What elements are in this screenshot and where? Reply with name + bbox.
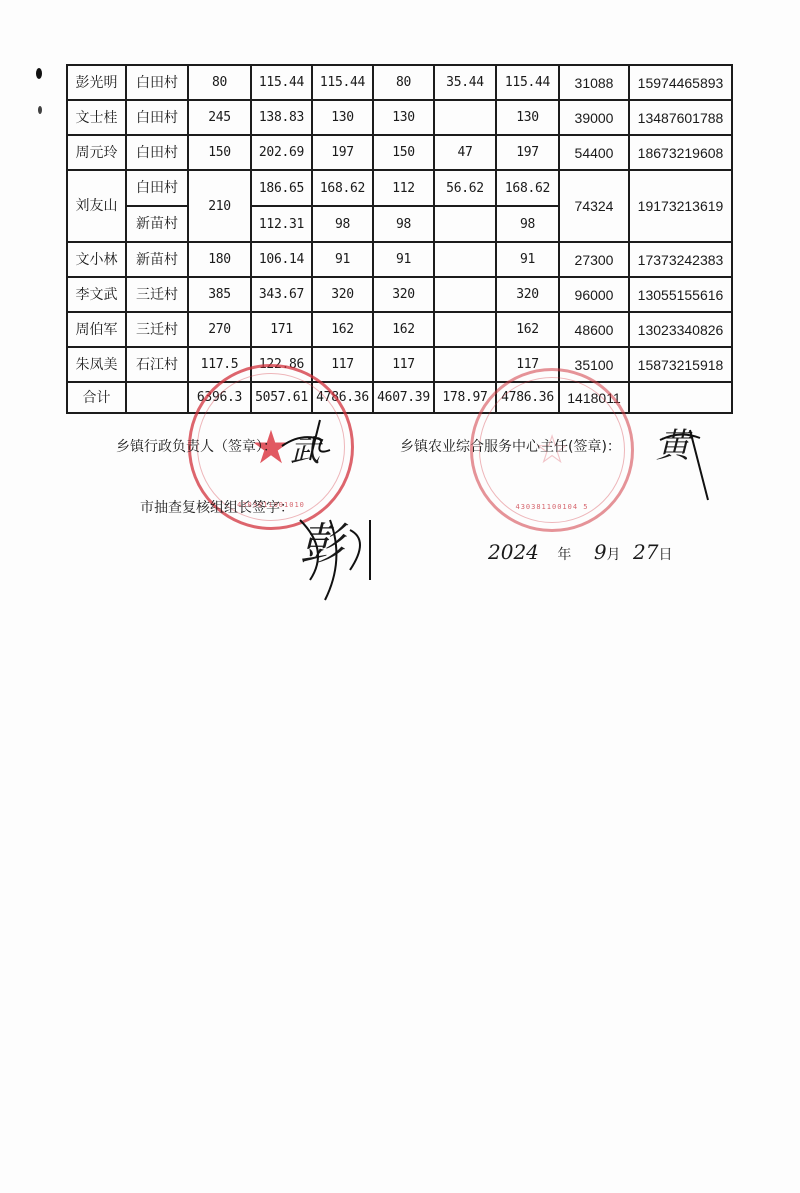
cell-value: 35.44 bbox=[434, 65, 496, 100]
punch-hole-mark bbox=[36, 68, 42, 79]
subsidy-amount: 54400 bbox=[559, 135, 629, 170]
table-row: 刘友山白田村210186.65168.6211256.62168.6274324… bbox=[67, 170, 732, 206]
stamp-code: 430381100104 5 bbox=[473, 503, 631, 511]
cell-value: 112.31 bbox=[251, 206, 312, 242]
farmer-name: 李文武 bbox=[67, 277, 126, 312]
total-label: 合计 bbox=[67, 382, 126, 413]
phone-number: 19173213619 bbox=[629, 170, 732, 242]
village-name: 白田村 bbox=[126, 65, 188, 100]
village-name: 三迁村 bbox=[126, 277, 188, 312]
cell-value: 117 bbox=[373, 347, 434, 382]
phone-number: 13055155616 bbox=[629, 277, 732, 312]
cell-value bbox=[434, 206, 496, 242]
cell-value: 91 bbox=[312, 242, 373, 277]
cell-value: 320 bbox=[312, 277, 373, 312]
subsidy-amount: 35100 bbox=[559, 347, 629, 382]
cell-value bbox=[434, 277, 496, 312]
date-year: 2024 bbox=[488, 540, 539, 564]
cell-value: 115.44 bbox=[251, 65, 312, 100]
subsidy-amount: 27300 bbox=[559, 242, 629, 277]
cell-value: 91 bbox=[496, 242, 559, 277]
sign-date: 2024 年 9月 27日 bbox=[488, 540, 672, 564]
cell-value: 343.67 bbox=[251, 277, 312, 312]
cell-value: 270 bbox=[188, 312, 251, 347]
cell-value: 130 bbox=[312, 100, 373, 135]
cell-value: 138.83 bbox=[251, 100, 312, 135]
subsidy-amount: 31088 bbox=[559, 65, 629, 100]
agri-center-signature: 黄 bbox=[656, 418, 690, 467]
cell-value: 115.44 bbox=[496, 65, 559, 100]
subsidy-amount: 96000 bbox=[559, 277, 629, 312]
total-subsidy: 1418011 bbox=[559, 382, 629, 413]
phone-number: 18673219608 bbox=[629, 135, 732, 170]
cell-value: 130 bbox=[496, 100, 559, 135]
cell-value: 112 bbox=[373, 170, 434, 206]
subsidy-amount: 39000 bbox=[559, 100, 629, 135]
cell-value: 162 bbox=[312, 312, 373, 347]
total-value: 178.97 bbox=[434, 382, 496, 413]
total-value: 5057.61 bbox=[251, 382, 312, 413]
farmer-name: 周元玲 bbox=[67, 135, 126, 170]
cell-value: 245 bbox=[188, 100, 251, 135]
cell-value bbox=[434, 312, 496, 347]
cell-value: 47 bbox=[434, 135, 496, 170]
village-name: 白田村 bbox=[126, 170, 188, 206]
phone-number: 13487601788 bbox=[629, 100, 732, 135]
farmer-name: 文士桂 bbox=[67, 100, 126, 135]
cell-value: 168.62 bbox=[496, 170, 559, 206]
village-name: 新苗村 bbox=[126, 206, 188, 242]
township-head-label: 乡镇行政负责人（签章）： bbox=[116, 436, 277, 456]
subsidy-table: 彭光明白田村80115.44115.448035.44115.443108815… bbox=[66, 64, 733, 414]
table-row: 彭光明白田村80115.44115.448035.44115.443108815… bbox=[67, 65, 732, 100]
cell-value: 106.14 bbox=[251, 242, 312, 277]
date-month-suffix: 月 bbox=[607, 547, 621, 563]
cell-value: 202.69 bbox=[251, 135, 312, 170]
cell-value: 385 bbox=[188, 277, 251, 312]
cell-value bbox=[434, 242, 496, 277]
phone-number: 15873215918 bbox=[629, 347, 732, 382]
cell-value: 150 bbox=[188, 135, 251, 170]
township-head-signature: 武 bbox=[290, 426, 320, 470]
farmer-name: 文小林 bbox=[67, 242, 126, 277]
village-name: 三迁村 bbox=[126, 312, 188, 347]
cell-value: 162 bbox=[496, 312, 559, 347]
farmer-name: 周伯军 bbox=[67, 312, 126, 347]
village-name: 新苗村 bbox=[126, 242, 188, 277]
farmer-name: 彭光明 bbox=[67, 65, 126, 100]
cell-value: 80 bbox=[188, 65, 251, 100]
total-phone bbox=[629, 382, 732, 413]
cell-value: 117 bbox=[312, 347, 373, 382]
table-row: 周伯军三迁村2701711621621624860013023340826 bbox=[67, 312, 732, 347]
total-village bbox=[126, 382, 188, 413]
city-review-signature: 彭 bbox=[300, 508, 344, 572]
date-day-suffix: 日 bbox=[658, 547, 672, 563]
total-value: 4786.36 bbox=[312, 382, 373, 413]
cell-value: 98 bbox=[373, 206, 434, 242]
cell-value bbox=[434, 347, 496, 382]
cell-value: 117.5 bbox=[188, 347, 251, 382]
punch-hole-mark bbox=[38, 106, 42, 114]
city-review-label: 市抽查复核组组长签字： bbox=[140, 497, 294, 517]
cell-value: 122.86 bbox=[251, 347, 312, 382]
total-value: 4607.39 bbox=[373, 382, 434, 413]
subsidy-amount: 48600 bbox=[559, 312, 629, 347]
cell-value: 91 bbox=[373, 242, 434, 277]
table-row: 朱凤美石江村117.5122.8611711711735100158732159… bbox=[67, 347, 732, 382]
cell-value: 197 bbox=[496, 135, 559, 170]
phone-number: 15974465893 bbox=[629, 65, 732, 100]
farmer-name: 刘友山 bbox=[67, 170, 126, 242]
cell-value: 197 bbox=[312, 135, 373, 170]
table-row: 文士桂白田村245138.831301301303900013487601788 bbox=[67, 100, 732, 135]
cell-value: 162 bbox=[373, 312, 434, 347]
cell-value: 115.44 bbox=[312, 65, 373, 100]
cell-value: 210 bbox=[188, 170, 251, 242]
cell-value: 117 bbox=[496, 347, 559, 382]
total-row: 合计6396.35057.614786.364607.39178.974786.… bbox=[67, 382, 732, 413]
cell-value: 98 bbox=[496, 206, 559, 242]
farmer-name: 朱凤美 bbox=[67, 347, 126, 382]
cell-value: 168.62 bbox=[312, 170, 373, 206]
cell-value: 180 bbox=[188, 242, 251, 277]
table-row: 文小林新苗村180106.149191912730017373242383 bbox=[67, 242, 732, 277]
cell-value: 80 bbox=[373, 65, 434, 100]
village-name: 白田村 bbox=[126, 100, 188, 135]
village-name: 石江村 bbox=[126, 347, 188, 382]
cell-value: 150 bbox=[373, 135, 434, 170]
phone-number: 13023340826 bbox=[629, 312, 732, 347]
cell-value: 186.65 bbox=[251, 170, 312, 206]
table-row: 周元玲白田村150202.691971504719754400186732196… bbox=[67, 135, 732, 170]
cell-value: 130 bbox=[373, 100, 434, 135]
date-month: 9 bbox=[594, 540, 607, 564]
village-name: 白田村 bbox=[126, 135, 188, 170]
cell-value: 171 bbox=[251, 312, 312, 347]
date-day: 27 bbox=[633, 540, 658, 564]
cell-value bbox=[434, 100, 496, 135]
subsidy-amount: 74324 bbox=[559, 170, 629, 242]
phone-number: 17373242383 bbox=[629, 242, 732, 277]
agri-center-label: 乡镇农业综合服务中心主任(签章)： bbox=[400, 436, 621, 456]
table-row: 李文武三迁村385343.673203203209600013055155616 bbox=[67, 277, 732, 312]
scanned-page: 彭光明白田村80115.44115.448035.44115.443108815… bbox=[0, 0, 800, 1193]
cell-value: 320 bbox=[496, 277, 559, 312]
cell-value: 56.62 bbox=[434, 170, 496, 206]
cell-value: 320 bbox=[373, 277, 434, 312]
total-value: 6396.3 bbox=[188, 382, 251, 413]
total-value: 4786.36 bbox=[496, 382, 559, 413]
date-year-suffix: 年 bbox=[557, 547, 571, 563]
cell-value: 98 bbox=[312, 206, 373, 242]
